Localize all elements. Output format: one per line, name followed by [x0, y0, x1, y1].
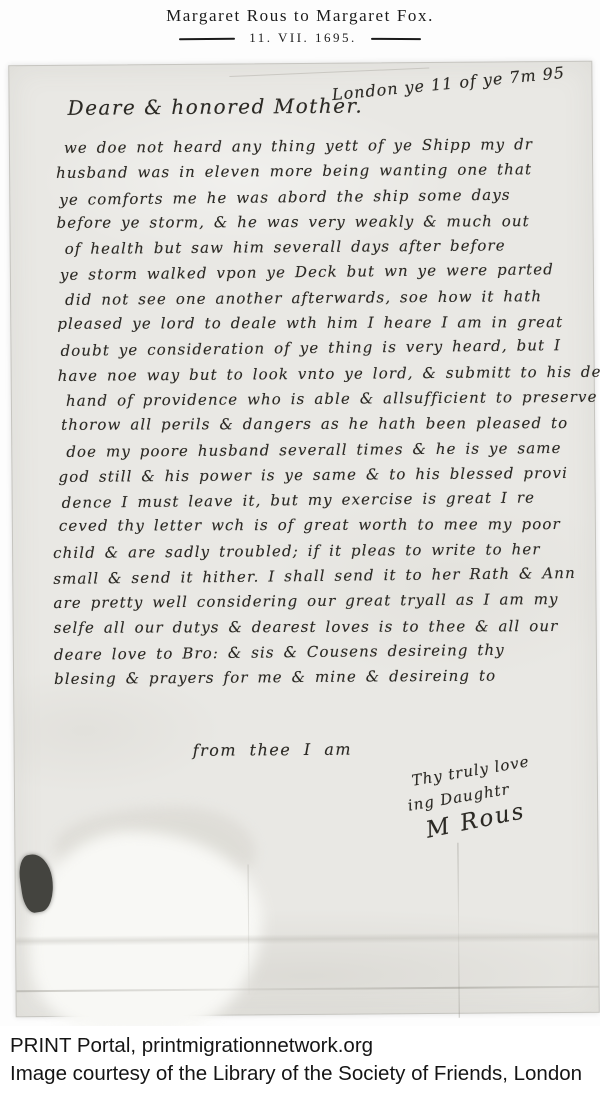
- letter-line: doe my poore husband severall times & he…: [66, 435, 590, 464]
- header-title: Margaret Rous to Margaret Fox.: [0, 6, 600, 26]
- letter-line: hand of providence who is able & allsuff…: [66, 385, 590, 414]
- typed-header: Margaret Rous to Margaret Fox. 11. VII. …: [0, 6, 600, 46]
- letter-line: are pretty well considering our great tr…: [53, 587, 591, 617]
- crease-vertical-1: [457, 843, 459, 1018]
- letter-closing: Thy truly love ing Daughtr M Rous: [410, 741, 590, 844]
- letter-salutation: Deare & honored Mother.: [68, 94, 364, 120]
- letter-line: ye comforts me he was abord the ship som…: [59, 181, 588, 212]
- header-rule-right: [371, 38, 421, 40]
- letter-line: thorow all perils & dangers as he hath b…: [61, 411, 590, 438]
- letter-place-date: London ye 11 of ye 7m 95: [331, 60, 592, 104]
- letter-line: blesing & prayers for me & mine & desire…: [54, 663, 592, 693]
- letter-line: ceved thy letter wch is of great worth t…: [59, 512, 591, 539]
- header-rule-left: [179, 38, 235, 41]
- header-date: 11. VII. 1695.: [249, 30, 357, 46]
- footer-credit-portal: PRINT Portal, printmigrationnetwork.org: [10, 1032, 600, 1060]
- footer-credit-source: Image courtesy of the Library of the Soc…: [10, 1060, 600, 1088]
- footer: PRINT Portal, printmigrationnetwork.org …: [0, 1026, 600, 1095]
- letter-line: did not see one another afterwards, soe …: [65, 284, 589, 313]
- letter-line: before ye storm, & he was very weakly & …: [56, 209, 588, 236]
- letter-line: selfe all our dutys & dearest loves is t…: [54, 614, 592, 641]
- letter-body: we doe not heard any thing yett of ye Sh…: [56, 132, 592, 693]
- letter-signoff: from thee I am: [193, 740, 352, 760]
- letter-scan: London ye 11 of ye 7m 95 Deare & honored…: [8, 61, 599, 1018]
- header-dateline: 11. VII. 1695.: [0, 30, 600, 46]
- crease-diagonal-1: [229, 68, 429, 78]
